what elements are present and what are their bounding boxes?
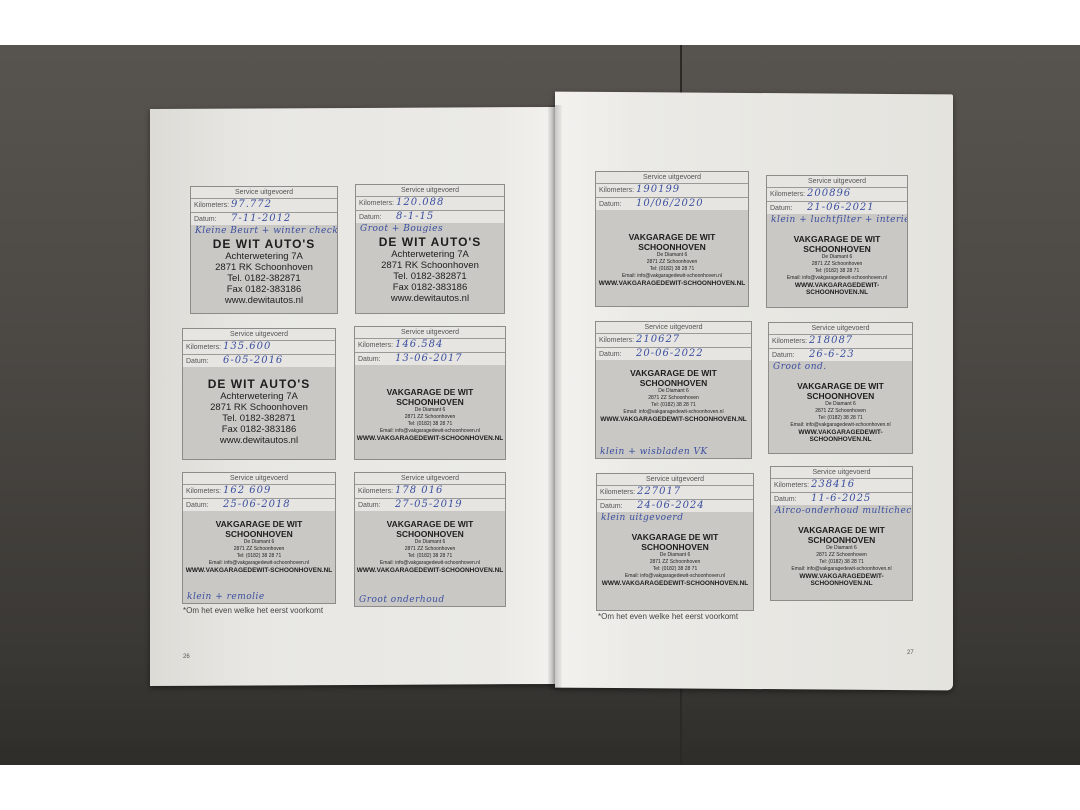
- service-stamp: Service uitgevoerd Kilometers: 210627 Da…: [595, 321, 752, 459]
- garage-address-line: Email: info@vakgaragedewit-schoonhoven.n…: [596, 273, 748, 280]
- date-label: Datum:: [186, 358, 209, 365]
- date-label: Datum:: [186, 502, 209, 509]
- garage-address-line: Fax 0182-383186: [191, 284, 337, 295]
- photo-background: Service uitgevoerd Kilometers: 97.772 Da…: [0, 45, 1080, 765]
- garage-address-line: Email: info@vakgaragedewit-schoonhoven.n…: [596, 409, 751, 416]
- stamp-body: Kleine Beurt + winter check DE WIT AUTO'…: [191, 225, 337, 313]
- stamp-body: klein + luchtfilter + interieurfilter VA…: [767, 214, 907, 307]
- date-label: Datum:: [772, 352, 795, 359]
- km-row: Kilometers: 238416: [771, 479, 912, 493]
- garage-website: WWW.VAKGARAGEDEWIT-SCHOONHOVEN.NL: [183, 567, 335, 574]
- garage-name: VAKGARAGE DE WIT SCHOONHOVEN: [355, 387, 505, 407]
- km-value: 227017: [637, 485, 681, 498]
- garage-name: VAKGARAGE DE WIT SCHOONHOVEN: [597, 532, 753, 552]
- date-value: 25-06-2018: [223, 498, 291, 511]
- garage-stamp: VAKGARAGE DE WIT SCHOONHOVEN De Diamant …: [596, 232, 748, 287]
- garage-name: VAKGARAGE DE WIT SCHOONHOVEN: [767, 234, 907, 254]
- date-value: 8-1-15: [396, 210, 434, 223]
- garage-address-line: De Diamant 6: [596, 252, 748, 259]
- garage-website: WWW.VAKGARAGEDEWIT-SCHOONHOVEN.NL: [596, 416, 751, 423]
- date-label: Datum:: [358, 502, 381, 509]
- service-stamp: Service uitgevoerd Kilometers: 227017 Da…: [596, 473, 754, 611]
- garage-stamp: VAKGARAGE DE WIT SCHOONHOVEN De Diamant …: [769, 381, 912, 443]
- date-label: Datum:: [358, 356, 381, 363]
- garage-stamp: VAKGARAGE DE WIT SCHOONHOVEN De Diamant …: [355, 387, 505, 442]
- km-label: Kilometers:: [774, 482, 809, 489]
- garage-address-line: 2871 ZZ Schoonhoven: [769, 408, 912, 415]
- left-page-number: 26: [183, 654, 190, 660]
- garage-address-line: De Diamant 6: [355, 407, 505, 414]
- service-stamp: Service uitgevoerd Kilometers: 238416 Da…: [770, 466, 913, 601]
- garage-address-line: Email: info@vakgaragedewit-schoonhoven.n…: [355, 428, 505, 435]
- garage-stamp: VAKGARAGE DE WIT SCHOONHOVEN De Diamant …: [596, 368, 751, 423]
- service-note: klein + remolie: [183, 591, 269, 603]
- garage-address-line: 2871 ZZ Schoonhoven: [596, 395, 751, 402]
- garage-address-line: 2871 RK Schoonhoven: [191, 262, 337, 273]
- km-row: Kilometers: 146.584: [355, 339, 505, 353]
- garage-website: WWW.VAKGARAGEDEWIT-SCHOONHOVEN.NL: [355, 567, 505, 574]
- garage-name: DE WIT AUTO'S: [356, 235, 504, 249]
- stamp-body: DE WIT AUTO'S Achterwetering 7A2871 RK S…: [183, 367, 335, 459]
- date-value: 6-05-2016: [223, 354, 283, 367]
- date-label: Datum:: [600, 503, 623, 510]
- service-note: Airco-onderhoud multicheck: [771, 505, 912, 517]
- km-label: Kilometers:: [600, 489, 635, 496]
- garage-name: DE WIT AUTO'S: [183, 377, 335, 391]
- km-label: Kilometers:: [599, 337, 634, 344]
- garage-address-line: Tel. 0182-382871: [356, 271, 504, 282]
- service-stamp: Service uitgevoerd Kilometers: 146.584 D…: [354, 326, 506, 460]
- km-value: 178 016: [395, 484, 443, 497]
- km-value: 135.600: [223, 340, 271, 353]
- garage-address-line: Email: info@vakgaragedewit-schoonhoven.n…: [355, 560, 505, 567]
- garage-address-line: Tel: (0182) 38 28 71: [769, 415, 912, 422]
- garage-address-line: 2871 ZZ Schoonhoven: [767, 261, 907, 268]
- date-value: 7-11-2012: [231, 212, 291, 225]
- km-row: Kilometers: 135.600: [183, 341, 335, 355]
- garage-address-line: Tel: (0182) 38 28 71: [355, 553, 505, 560]
- service-note: klein + wisbladen VK: [596, 446, 712, 458]
- garage-stamp: DE WIT AUTO'S Achterwetering 7A2871 RK S…: [191, 237, 337, 306]
- right-footnote: *Om het even welke het eerst voorkomt: [598, 612, 738, 621]
- right-page-number: 27: [907, 650, 914, 656]
- km-value: 200896: [807, 187, 851, 200]
- km-label: Kilometers:: [194, 202, 229, 209]
- garage-address-line: 2871 ZZ Schoonhoven: [355, 546, 505, 553]
- km-row: Kilometers: 97.772: [191, 199, 337, 213]
- service-note: Groot ond.: [769, 361, 912, 373]
- km-value: 146.584: [395, 338, 443, 351]
- garage-name: VAKGARAGE DE WIT SCHOONHOVEN: [183, 519, 335, 539]
- garage-address-line: www.dewitautos.nl: [356, 293, 504, 304]
- garage-name: VAKGARAGE DE WIT SCHOONHOVEN: [596, 368, 751, 388]
- garage-address-line: 2871 ZZ Schoonhoven: [596, 259, 748, 266]
- km-label: Kilometers:: [770, 191, 805, 198]
- garage-name: VAKGARAGE DE WIT SCHOONHOVEN: [769, 381, 912, 401]
- garage-address-line: Tel: (0182) 38 28 71: [767, 268, 907, 275]
- date-label: Datum:: [599, 201, 622, 208]
- garage-address-line: De Diamant 6: [355, 539, 505, 546]
- stamp-body: Airco-onderhoud multicheck VAKGARAGE DE …: [771, 505, 912, 600]
- service-stamp: Service uitgevoerd Kilometers: 120.088 D…: [355, 184, 505, 314]
- garage-stamp: DE WIT AUTO'S Achterwetering 7A2871 RK S…: [356, 235, 504, 304]
- garage-address-line: Email: info@vakgaragedewit-schoonhoven.n…: [597, 573, 753, 580]
- garage-address-line: Email: info@vakgaragedewit-schoonhoven.n…: [771, 566, 912, 573]
- km-label: Kilometers:: [359, 200, 394, 207]
- garage-address-line: Tel: (0182) 38 28 71: [771, 559, 912, 566]
- garage-address-line: Tel. 0182-382871: [183, 413, 335, 424]
- garage-stamp: VAKGARAGE DE WIT SCHOONHOVEN De Diamant …: [183, 519, 335, 574]
- service-stamp: Service uitgevoerd Kilometers: 135.600 D…: [182, 328, 336, 460]
- date-value: 13-06-2017: [395, 352, 463, 365]
- date-label: Datum:: [194, 216, 217, 223]
- garage-address-line: Tel: (0182) 38 28 71: [597, 566, 753, 573]
- stamp-body: VAKGARAGE DE WIT SCHOONHOVEN De Diamant …: [355, 365, 505, 459]
- garage-address-line: Email: info@vakgaragedewit-schoonhoven.n…: [183, 560, 335, 567]
- km-row: Kilometers: 210627: [596, 334, 751, 348]
- km-label: Kilometers:: [772, 338, 807, 345]
- km-row: Kilometers: 200896: [767, 188, 907, 202]
- garage-website: WWW.VAKGARAGEDEWIT-SCHOONHOVEN.NL: [771, 573, 912, 587]
- date-value: 21-06-2021: [807, 201, 875, 214]
- km-label: Kilometers:: [358, 488, 393, 495]
- stamp-body: Groot ond. VAKGARAGE DE WIT SCHOONHOVEN …: [769, 361, 912, 453]
- garage-website: WWW.VAKGARAGEDEWIT-SCHOONHOVEN.NL: [597, 580, 753, 587]
- garage-website: WWW.VAKGARAGEDEWIT-SCHOONHOVEN.NL: [596, 280, 748, 287]
- garage-address-line: De Diamant 6: [597, 552, 753, 559]
- km-row: Kilometers: 178 016: [355, 485, 505, 499]
- km-value: 97.772: [231, 198, 272, 211]
- date-label: Datum:: [774, 496, 797, 503]
- garage-address-line: Achterwetering 7A: [356, 249, 504, 260]
- date-label: Datum:: [599, 351, 622, 358]
- garage-address-line: De Diamant 6: [769, 401, 912, 408]
- garage-address-line: 2871 ZZ Schoonhoven: [771, 552, 912, 559]
- garage-address-line: De Diamant 6: [767, 254, 907, 261]
- garage-address-line: 2871 RK Schoonhoven: [356, 260, 504, 271]
- garage-stamp: VAKGARAGE DE WIT SCHOONHOVEN De Diamant …: [355, 519, 505, 574]
- garage-address-line: De Diamant 6: [183, 539, 335, 546]
- date-value: 20-06-2022: [636, 347, 704, 360]
- garage-address-line: 2871 ZZ Schoonhoven: [597, 559, 753, 566]
- book-gutter: [548, 105, 562, 690]
- garage-address-line: www.dewitautos.nl: [183, 435, 335, 446]
- km-row: Kilometers: 120.088: [356, 197, 504, 211]
- garage-address-line: De Diamant 6: [596, 388, 751, 395]
- date-value: 11-6-2025: [811, 492, 871, 505]
- date-value: 26-6-23: [809, 348, 855, 361]
- date-label: Datum:: [359, 214, 382, 221]
- garage-address-line: De Diamant 6: [771, 545, 912, 552]
- km-label: Kilometers:: [186, 488, 221, 495]
- date-value: 27-05-2019: [395, 498, 463, 511]
- date-value: 10/06/2020: [636, 197, 704, 210]
- garage-stamp: DE WIT AUTO'S Achterwetering 7A2871 RK S…: [183, 377, 335, 446]
- km-label: Kilometers:: [358, 342, 393, 349]
- garage-address-line: 2871 RK Schoonhoven: [183, 402, 335, 413]
- garage-name: VAKGARAGE DE WIT SCHOONHOVEN: [771, 525, 912, 545]
- km-value: 210627: [636, 333, 680, 346]
- km-label: Kilometers:: [599, 187, 634, 194]
- garage-address-line: Email: info@vakgaragedewit-schoonhoven.n…: [769, 422, 912, 429]
- service-stamp: Service uitgevoerd Kilometers: 97.772 Da…: [190, 186, 338, 314]
- garage-address-line: Achterwetering 7A: [183, 391, 335, 402]
- stamp-body: VAKGARAGE DE WIT SCHOONHOVEN De Diamant …: [183, 511, 335, 603]
- garage-website: WWW.VAKGARAGEDEWIT-SCHOONHOVEN.NL: [767, 282, 907, 296]
- service-stamp: Service uitgevoerd Kilometers: 218087 Da…: [768, 322, 913, 454]
- service-note: Kleine Beurt + winter check: [191, 225, 337, 237]
- service-note: klein + luchtfilter + interieurfilter: [767, 214, 907, 226]
- stamp-body: VAKGARAGE DE WIT SCHOONHOVEN De Diamant …: [596, 210, 748, 306]
- km-label: Kilometers:: [186, 344, 221, 351]
- service-stamp: Service uitgevoerd Kilometers: 200896 Da…: [766, 175, 908, 308]
- garage-name: VAKGARAGE DE WIT SCHOONHOVEN: [355, 519, 505, 539]
- garage-stamp: VAKGARAGE DE WIT SCHOONHOVEN De Diamant …: [771, 525, 912, 587]
- km-row: Kilometers: 162 609: [183, 485, 335, 499]
- garage-address-line: 2871 ZZ Schoonhoven: [183, 546, 335, 553]
- garage-website: WWW.VAKGARAGEDEWIT-SCHOONHOVEN.NL: [355, 435, 505, 442]
- garage-name: VAKGARAGE DE WIT SCHOONHOVEN: [596, 232, 748, 252]
- km-value: 162 609: [223, 484, 271, 497]
- garage-website: WWW.VAKGARAGEDEWIT-SCHOONHOVEN.NL: [769, 429, 912, 443]
- left-footnote: *Om het even welke het eerst voorkomt: [183, 606, 323, 615]
- stamp-body: VAKGARAGE DE WIT SCHOONHOVEN De Diamant …: [596, 360, 751, 458]
- garage-stamp: VAKGARAGE DE WIT SCHOONHOVEN De Diamant …: [767, 234, 907, 296]
- service-note: klein uitgevoerd: [597, 512, 753, 524]
- km-value: 190199: [636, 183, 680, 196]
- stamp-body: klein uitgevoerd VAKGARAGE DE WIT SCHOON…: [597, 512, 753, 610]
- garage-address-line: Fax 0182-383186: [183, 424, 335, 435]
- garage-address-line: Fax 0182-383186: [356, 282, 504, 293]
- stamp-body: Groot + Bougies DE WIT AUTO'S Achterwete…: [356, 223, 504, 313]
- service-stamp: Service uitgevoerd Kilometers: 178 016 D…: [354, 472, 506, 607]
- km-value: 218087: [809, 334, 853, 347]
- garage-address-line: Tel. 0182-382871: [191, 273, 337, 284]
- date-value: 24-06-2024: [637, 499, 705, 512]
- service-note: Groot + Bougies: [356, 223, 504, 235]
- garage-stamp: VAKGARAGE DE WIT SCHOONHOVEN De Diamant …: [597, 532, 753, 587]
- date-label: Datum:: [770, 205, 793, 212]
- garage-address-line: Tel: (0182) 38 28 71: [596, 266, 748, 273]
- garage-address-line: Tel: (0182) 38 28 71: [596, 402, 751, 409]
- service-stamp: Service uitgevoerd Kilometers: 162 609 D…: [182, 472, 336, 604]
- service-stamp: Service uitgevoerd Kilometers: 190199 Da…: [595, 171, 749, 307]
- km-value: 120.088: [396, 196, 444, 209]
- garage-address-line: Tel: (0182) 38 28 71: [183, 553, 335, 560]
- km-row: Kilometers: 190199: [596, 184, 748, 198]
- km-value: 238416: [811, 478, 855, 491]
- garage-address-line: Tel: (0182) 38 28 71: [355, 421, 505, 428]
- garage-address-line: Achterwetering 7A: [191, 251, 337, 262]
- service-note: Groot onderhoud: [355, 594, 449, 606]
- garage-address-line: www.dewitautos.nl: [191, 295, 337, 306]
- stamp-body: VAKGARAGE DE WIT SCHOONHOVEN De Diamant …: [355, 511, 505, 606]
- garage-name: DE WIT AUTO'S: [191, 237, 337, 251]
- km-row: Kilometers: 218087: [769, 335, 912, 349]
- garage-address-line: Email: info@vakgaragedewit-schoonhoven.n…: [767, 275, 907, 282]
- km-row: Kilometers: 227017: [597, 486, 753, 500]
- garage-address-line: 2871 ZZ Schoonhoven: [355, 414, 505, 421]
